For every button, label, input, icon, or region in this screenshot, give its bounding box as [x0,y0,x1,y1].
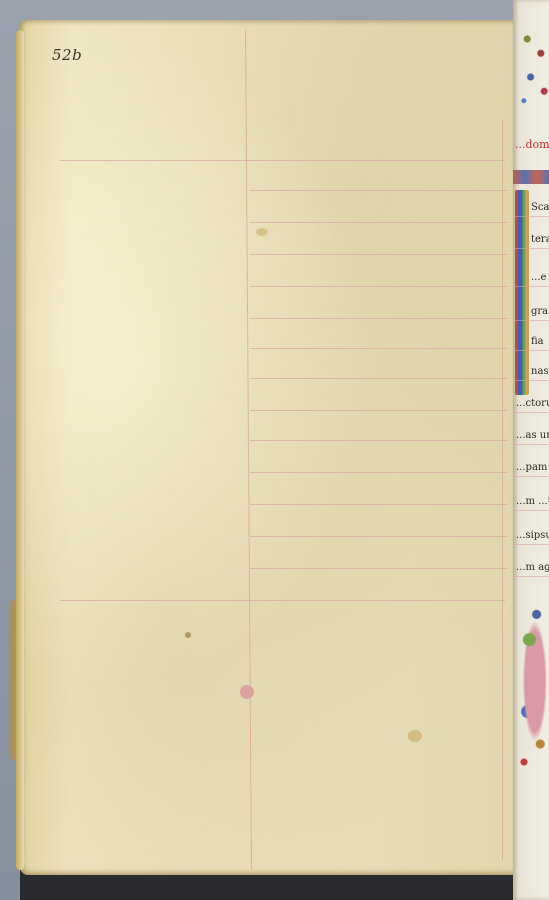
ruled-line [250,190,507,191]
ruled-line [250,440,507,441]
facing-page-edge: ...domina Scatera...egrafianas...ctorum.… [513,0,549,900]
facing-text-line: ...m ...t [516,496,549,507]
ruled-line [250,472,507,473]
facing-text-line: Sca [531,202,549,213]
facing-text-line: nas [531,366,549,377]
facing-ruled-line [513,320,549,321]
ruled-line [250,286,507,287]
ruled-line-full [60,160,505,161]
ruled-line [250,222,507,223]
ruled-line [250,348,507,349]
facing-text-line: fia [531,336,544,347]
rubric-text: ...domina [515,138,549,151]
facing-text-line: ...ctorum [516,398,549,409]
facing-ruled-line [513,350,549,351]
facing-ruled-line [513,248,549,249]
facing-text-line: ...as unctam [516,430,549,441]
facing-ruled-line [513,286,549,287]
facing-ruled-line [513,544,549,545]
brown-spot [256,228,268,236]
illuminated-initial [515,190,529,395]
ruled-line [250,568,507,569]
floral-border-top [517,20,549,115]
folio-number: 52b [52,46,82,64]
ruled-line [250,410,507,411]
facing-text-line: ...e [531,272,546,283]
facing-text-line: gra [531,306,548,317]
brown-spot [185,632,191,638]
facing-ruled-line [513,576,549,577]
facing-ruled-line [513,476,549,477]
facing-text-line: ...sipsulus [516,530,549,541]
facing-ruled-line [513,510,549,511]
facing-text-line: ...pam ...ri [516,462,549,473]
ruled-line-full [60,600,505,601]
ruled-line [250,318,507,319]
facing-ruled-line [513,444,549,445]
ruled-line [250,504,507,505]
facing-text-line: tera [531,234,549,245]
ruled-line [250,378,507,379]
facing-text-line: ...m agentium [516,562,549,573]
ruled-line [250,254,507,255]
facing-ruled-line [513,412,549,413]
decorative-band [513,170,549,184]
right-bounding-rule [502,120,503,860]
brown-spot [408,730,422,742]
ruled-line [250,536,507,537]
floral-border-bottom [515,600,549,780]
pink-stain [240,685,254,699]
manuscript-leaf: 52b [20,20,516,875]
facing-ruled-line [513,380,549,381]
facing-ruled-line [513,216,549,217]
